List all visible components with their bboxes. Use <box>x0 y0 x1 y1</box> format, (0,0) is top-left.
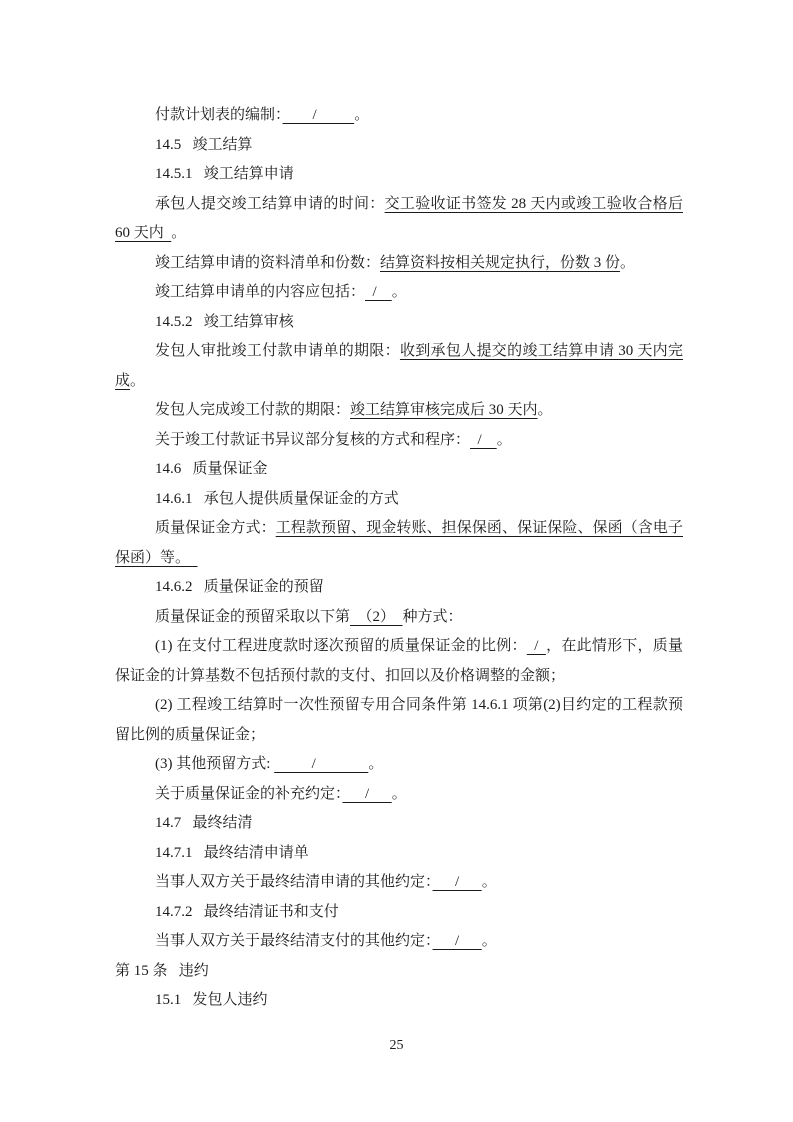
text-run: 关于质量保证金的补充约定： <box>155 786 343 802</box>
text-run: 当事人双方关于最终结清支付的其他约定： <box>155 933 433 949</box>
text-run: 15.1 发包人违约 <box>155 992 268 1008</box>
text-run: 竣工结算申请的资料清单和份数： <box>155 255 380 271</box>
blank-field: / <box>343 786 392 802</box>
filled-value: （2） <box>350 609 403 625</box>
blank-field: / <box>433 874 482 890</box>
text-run: 14.7.2 最终结清证书和支付 <box>155 904 339 920</box>
paragraph: 14.5.1 竣工结算申请 <box>115 160 683 190</box>
paragraph: (1) 在支付工程进度款时逐次预留的质量保证金的比例： / ，在此情形下，质量保… <box>115 632 683 691</box>
text-run: 。 <box>482 933 497 949</box>
text-run: 发包人审批竣工付款申请单的期限： <box>155 343 400 359</box>
paragraph: 竣工结算申请单的内容应包括： / 。 <box>115 278 683 308</box>
paragraph: 当事人双方关于最终结清支付的其他约定： / 。 <box>115 927 683 957</box>
paragraph: 关于竣工付款证书异议部分复核的方式和程序： / 。 <box>115 426 683 456</box>
text-run: 。 <box>130 373 145 389</box>
paragraph: 竣工结算申请的资料清单和份数：结算资料按相关规定执行，份数 3 份。 <box>115 249 683 279</box>
paragraph: 质量保证金的预留采取以下第 （2） 种方式： <box>115 603 683 633</box>
text-run: (2) 工程竣工结算时一次性预留专用合同条件第 14.6.1 项第(2)目约定的… <box>115 697 683 743</box>
blank-field: / <box>433 933 482 949</box>
text-run: 。 <box>538 402 553 418</box>
paragraph: 承包人提交竣工结算申请的时间：交工验收证书签发 28 天内或竣工验收合格后 60… <box>115 190 683 249</box>
text-run: 14.5.2 竣工结算审核 <box>155 314 294 330</box>
filled-value: 结算资料按相关规定执行，份数 3 份 <box>380 255 620 271</box>
paragraph: 15.1 发包人违约 <box>115 986 683 1016</box>
paragraph: 14.6.1 承包人提供质量保证金的方式 <box>115 485 683 515</box>
blank-field: / <box>527 638 546 654</box>
blank-field: / <box>470 432 497 448</box>
paragraph: 14.6 质量保证金 <box>115 455 683 485</box>
text-run: 第 15 条 违约 <box>115 963 209 979</box>
text-run: (3) 其他预留方式: <box>155 756 274 772</box>
paragraph: 14.5.2 竣工结算审核 <box>115 308 683 338</box>
text-run: 竣工结算申请单的内容应包括： <box>155 284 365 300</box>
paragraph: (2) 工程竣工结算时一次性预留专用合同条件第 14.6.1 项第(2)目约定的… <box>115 691 683 750</box>
text-run: 14.5 竣工结算 <box>155 137 253 153</box>
page-footer: 25 <box>0 1036 793 1056</box>
text-run: (1) 在支付工程进度款时逐次预留的质量保证金的比例： <box>155 638 527 654</box>
text-run: 14.6 质量保证金 <box>155 461 268 477</box>
document-body: 付款计划表的编制： / 。14.5 竣工结算14.5.1 竣工结算申请承包人提交… <box>115 101 683 1016</box>
paragraph: (3) 其他预留方式: / 。 <box>115 750 683 780</box>
text-run: 14.7.1 最终结清申请单 <box>155 845 309 861</box>
text-run: 14.5.1 竣工结算申请 <box>155 166 294 182</box>
text-run: 发包人完成竣工付款的期限： <box>155 402 350 418</box>
paragraph: 发包人完成竣工付款的期限：竣工结算审核完成后 30 天内。 <box>115 396 683 426</box>
page-number: 25 <box>390 1038 404 1053</box>
blank-field: / <box>283 107 355 123</box>
text-run: 种方式： <box>403 609 463 625</box>
text-run: 付款计划表的编制： <box>155 107 283 123</box>
paragraph: 14.7.2 最终结清证书和支付 <box>115 898 683 928</box>
text-run: 。 <box>392 284 407 300</box>
text-run: 质量保证金方式： <box>155 520 276 536</box>
paragraph: 发包人审批竣工付款申请单的期限：收到承包人提交的竣工结算申请 30 天内完成。 <box>115 337 683 396</box>
text-run: 。 <box>482 874 497 890</box>
text-run: 。 <box>620 255 635 271</box>
text-run: 关于竣工付款证书异议部分复核的方式和程序： <box>155 432 470 448</box>
text-run: 。 <box>354 107 369 123</box>
paragraph: 14.5 竣工结算 <box>115 131 683 161</box>
blank-field: / <box>365 284 392 300</box>
text-run: 14.6.2 质量保证金的预留 <box>155 579 324 595</box>
text-run: 。 <box>392 786 407 802</box>
paragraph: 14.7.1 最终结清申请单 <box>115 839 683 869</box>
text-run: 质量保证金的预留采取以下第 <box>155 609 350 625</box>
paragraph: 当事人双方关于最终结清申请的其他约定： / 。 <box>115 868 683 898</box>
text-run: 承包人提交竣工结算申请的时间： <box>155 196 385 212</box>
filled-value: 竣工结算审核完成后 30 天内 <box>350 402 538 418</box>
blank-field: / <box>274 756 368 772</box>
paragraph: 质量保证金方式：工程款预留、现金转账、担保保函、保证保险、保函（含电子保函）等。 <box>115 514 683 573</box>
paragraph: 付款计划表的编制： / 。 <box>115 101 683 131</box>
paragraph: 第 15 条 违约 <box>115 957 683 987</box>
paragraph: 关于质量保证金的补充约定： / 。 <box>115 780 683 810</box>
paragraph: 14.6.2 质量保证金的预留 <box>115 573 683 603</box>
text-run: 14.7 最终结清 <box>155 815 253 831</box>
paragraph: 14.7 最终结清 <box>115 809 683 839</box>
text-run: 。 <box>368 756 383 772</box>
text-run: 当事人双方关于最终结清申请的其他约定： <box>155 874 433 890</box>
document-page: 付款计划表的编制： / 。14.5 竣工结算14.5.1 竣工结算申请承包人提交… <box>0 0 793 1122</box>
text-run: 。 <box>171 225 186 241</box>
text-run: 。 <box>497 432 512 448</box>
text-run: 14.6.1 承包人提供质量保证金的方式 <box>155 491 399 507</box>
